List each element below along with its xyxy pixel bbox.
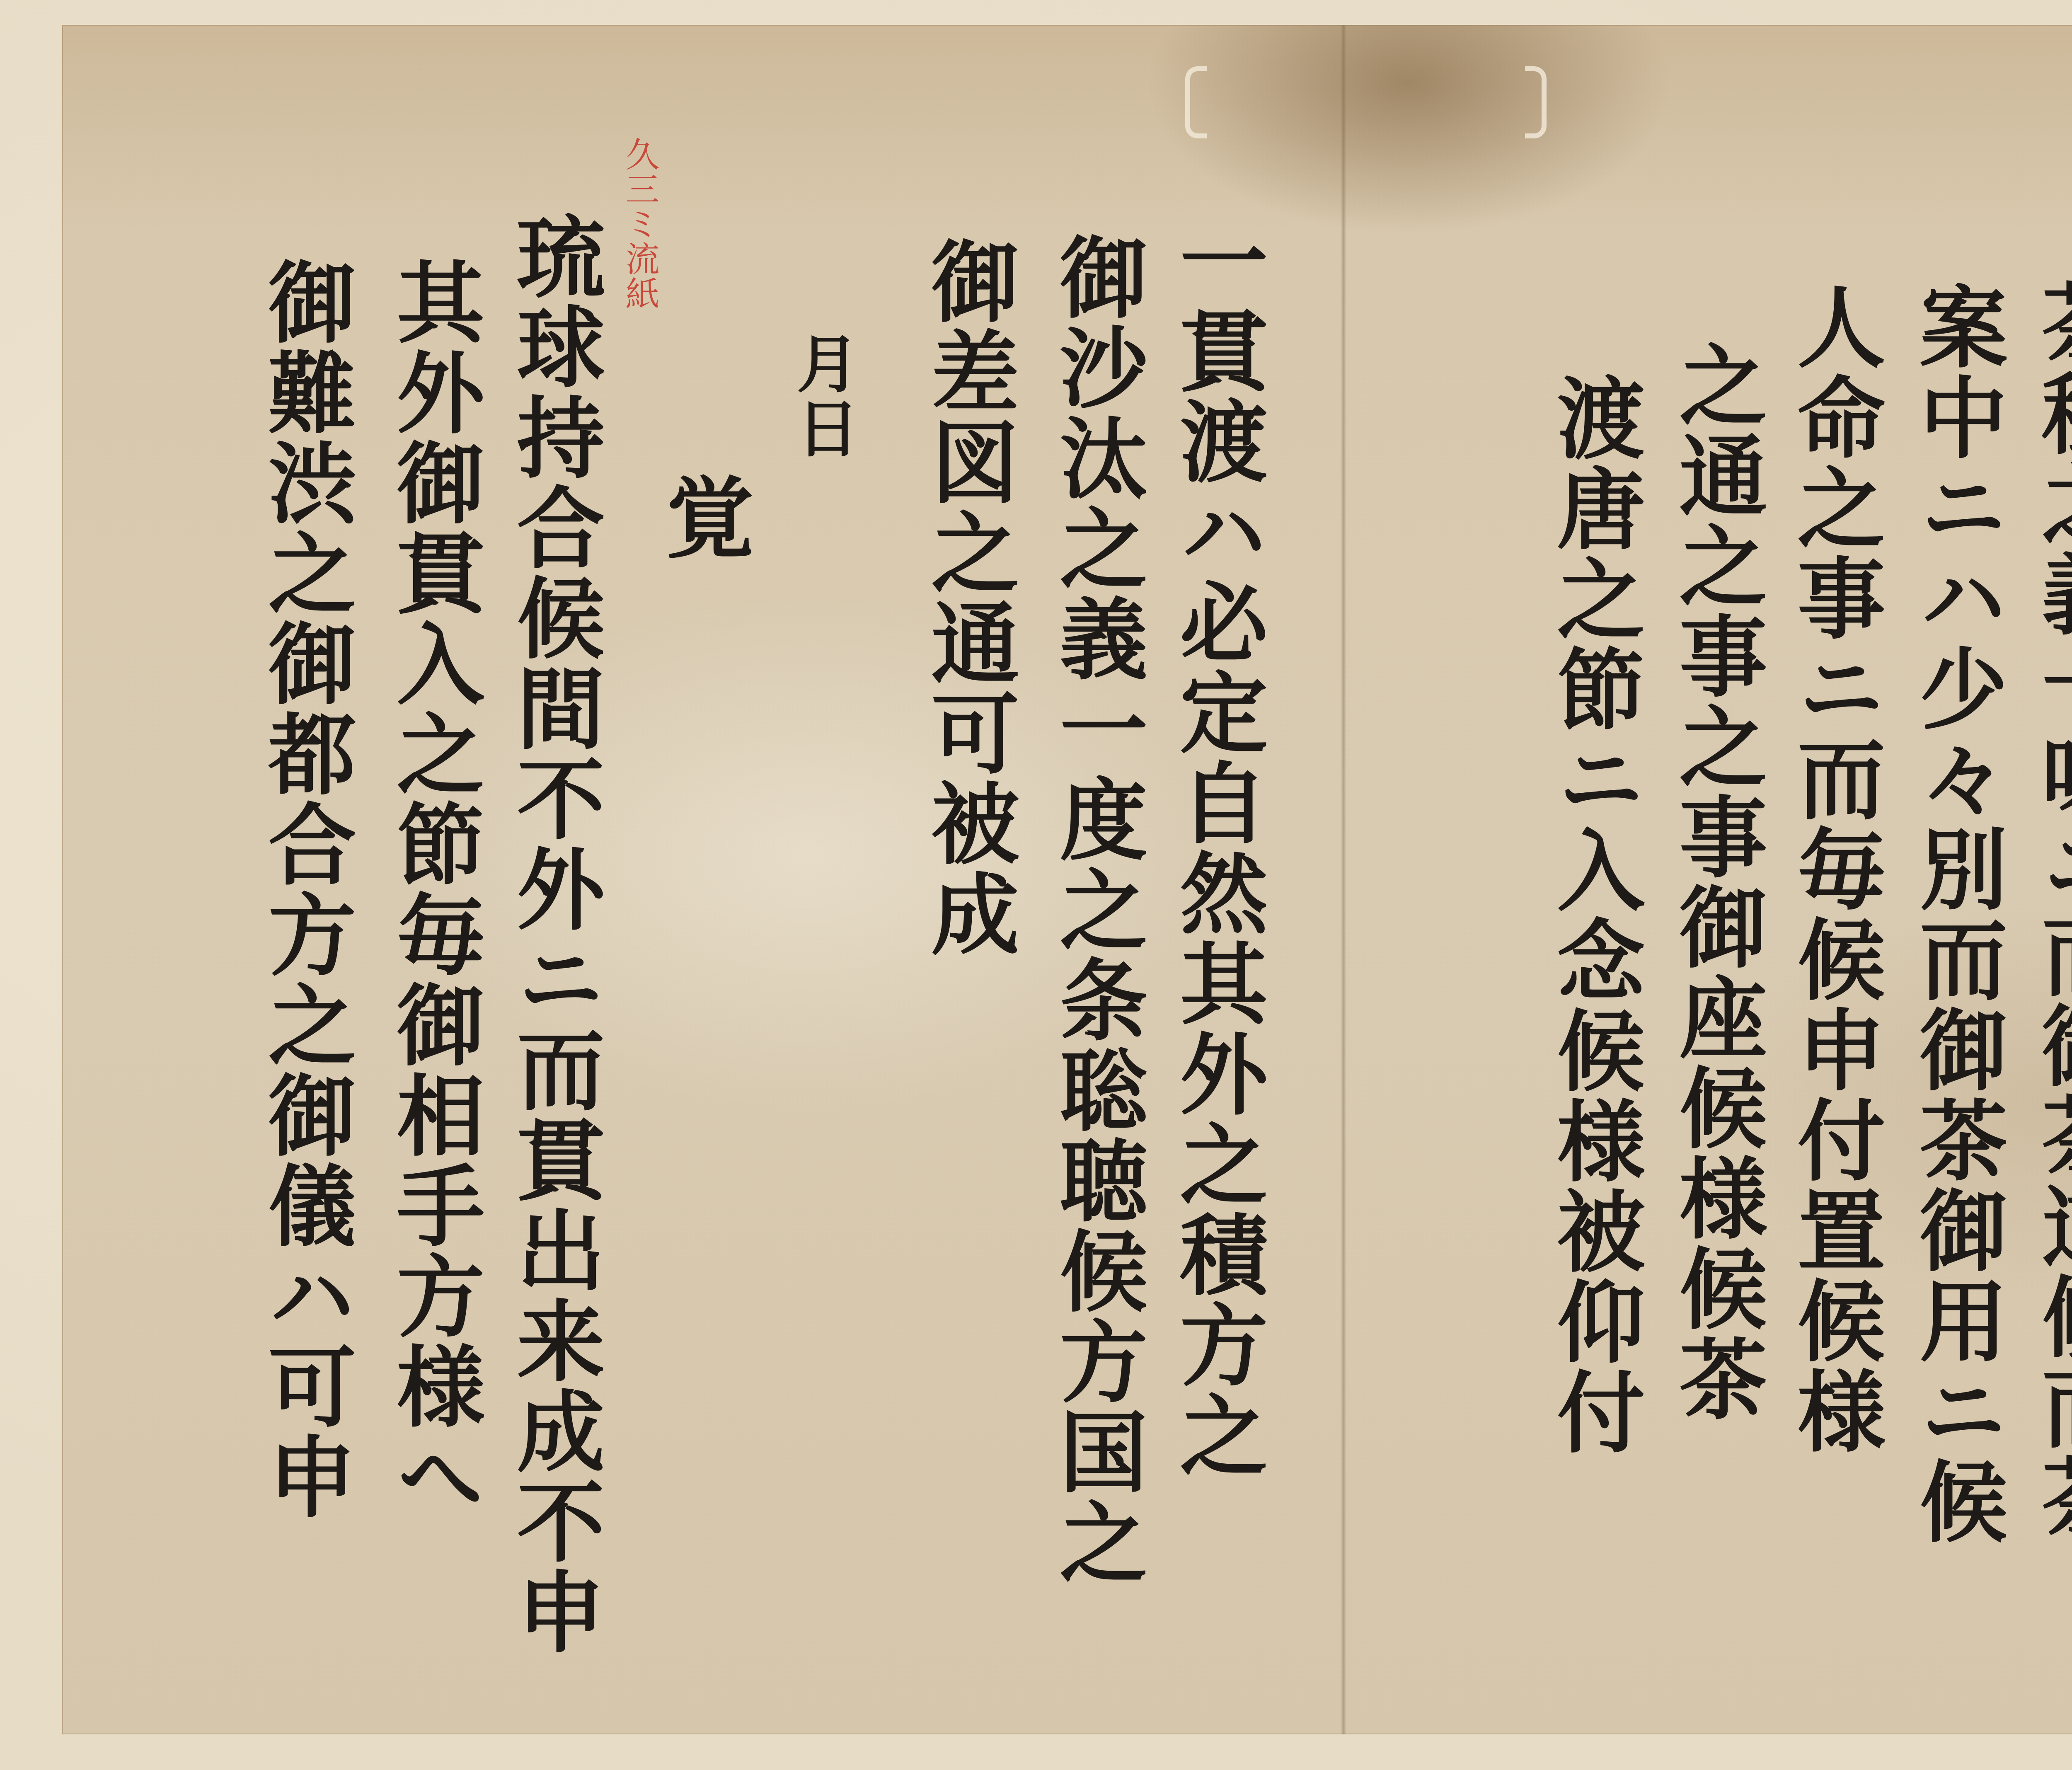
left-page: 一貫渡ハ必定自然其外之積方之 御沙汰之義一度之条聡聴候方国之 御差図之通可被成 … [62, 25, 1343, 1734]
text-column-item: 御差図之通可被成 [924, 236, 1012, 959]
memo-column-2: 其外御貫入之節毎御相手方様へ [390, 257, 477, 1522]
text-column-8: 渡唐之節ニ入念候様被仰付 [1550, 373, 1638, 1457]
text-column-item: 御沙汰之義一度之条聡聴候方国之 [1053, 232, 1140, 1587]
right-page: 人参之儀肝要成候事候へ共先年之 負数ハ御念入候様相達其外之 往悪敷之処更ニ被申付… [1345, 25, 2072, 1734]
text-column-5: 案中ニハ少々別而御茶御用ニ候 [1912, 282, 2000, 1547]
text-column-item: 一貫渡ハ必定自然其外之積方之 [1173, 215, 1261, 1480]
document-sheet: 人参之儀肝要成候事候へ共先年之 負数ハ御念入候様相達其外之 往悪敷之処更ニ被申付… [62, 25, 2072, 1734]
red-annotation: 久三ミ流紙 [615, 137, 664, 311]
text-column-7: 之通之事之事御座候様候茶 [1672, 340, 1760, 1424]
text-column-6: 人命之事ニ而毎候申付置候様 [1790, 282, 1878, 1456]
memo-column-3: 御難渋之御都合方之御儀ハ可申 [261, 257, 349, 1522]
memo-column-1: 琉球持合候間不外ニ而貫出来成不申 [510, 211, 598, 1657]
date-column: 月日 [792, 332, 854, 461]
memo-header: 覚 [659, 472, 747, 563]
text-column-4: 茶種之義一味ニ而御茶道候而茶 [2035, 278, 2072, 1542]
